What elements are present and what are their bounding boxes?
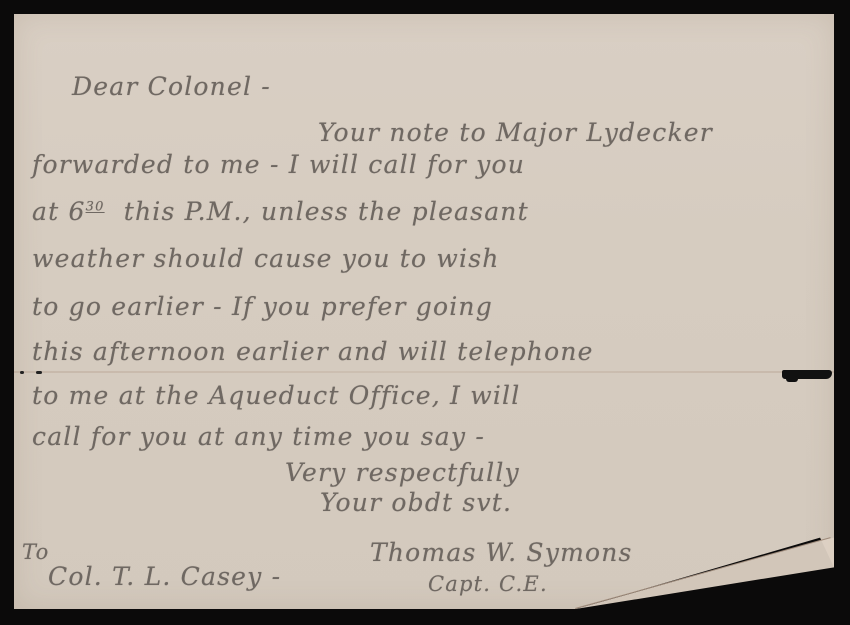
closing-line-1: Very respectfully bbox=[285, 458, 520, 487]
fold-crease bbox=[14, 371, 834, 373]
ink-mark bbox=[36, 371, 42, 374]
signature-name: Thomas W. Symons bbox=[370, 538, 633, 567]
addressee-name: Col. T. L. Casey - bbox=[48, 562, 281, 591]
body-line-5: to go earlier - If you prefer going bbox=[32, 292, 493, 321]
body-line-4: weather should cause you to wish bbox=[32, 244, 500, 273]
signature-title: Capt. C.E. bbox=[428, 572, 548, 596]
body-line-8: call for you at any time you say - bbox=[32, 422, 485, 451]
closing-line-2: Your obdt svt. bbox=[320, 488, 512, 517]
ink-stain bbox=[782, 370, 832, 379]
body-line-6: this afternoon earlier and will telephon… bbox=[32, 337, 594, 366]
addressee-prefix: To bbox=[22, 540, 49, 564]
body-line-3: at 630 this P.M., unless the pleasant bbox=[32, 197, 529, 226]
time-minutes: 30 bbox=[86, 200, 105, 215]
body-line-2: forwarded to me - I will call for you bbox=[32, 150, 525, 179]
ink-mark bbox=[20, 371, 24, 374]
salutation: Dear Colonel - bbox=[72, 72, 271, 101]
body-line-3-rest: this P.M., unless the pleasant bbox=[124, 197, 529, 226]
body-line-1: Your note to Major Lydecker bbox=[318, 118, 713, 147]
body-line-7: to me at the Aqueduct Office, I will bbox=[32, 381, 520, 410]
time-hour: at 6 bbox=[32, 197, 86, 226]
